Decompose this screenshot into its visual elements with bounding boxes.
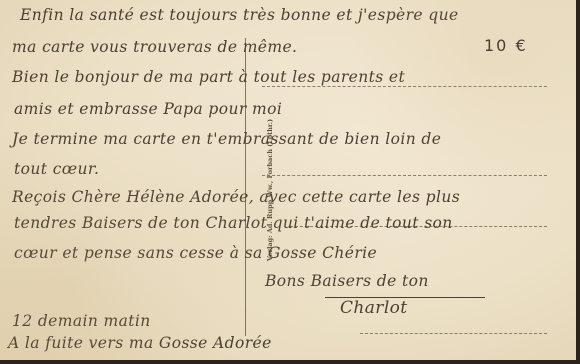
message-line-6: tout cœur. <box>14 160 99 178</box>
message-line-2: ma carte vous trouveras de même. <box>12 38 297 56</box>
message-line-5: Je termine ma carte en t'embrassant de b… <box>12 130 441 148</box>
postcard-back: Verlag: Ad. Rupp Ww., Forbach (Lothr.) 1… <box>0 0 576 360</box>
message-line-8: tendres Baisers de ton Charlot qui t'aim… <box>14 214 453 232</box>
price-label: 10 € <box>484 36 528 55</box>
postscript-line-2: A la fuite vers ma Gosse Adorée <box>8 334 272 352</box>
message-line-3: Bien le bonjour de ma part à tout les pa… <box>12 68 405 86</box>
closing-text: Bons Baisers de ton <box>265 272 429 290</box>
message-line-4: amis et embrasse Papa pour moi <box>14 100 282 118</box>
address-line-4 <box>360 333 547 334</box>
message-line-7: Reçois Chère Hélène Adorée, avec cette c… <box>12 188 460 206</box>
address-line-1 <box>262 86 547 87</box>
address-line-2 <box>262 175 547 176</box>
postscript-line-1: 12 demain matin <box>12 312 151 330</box>
message-line-1: Enfin la santé est toujours très bonne e… <box>20 6 459 24</box>
message-line-9: cœur et pense sans cesse à sa Gosse Chér… <box>14 244 377 262</box>
signature: Charlot <box>340 298 408 318</box>
